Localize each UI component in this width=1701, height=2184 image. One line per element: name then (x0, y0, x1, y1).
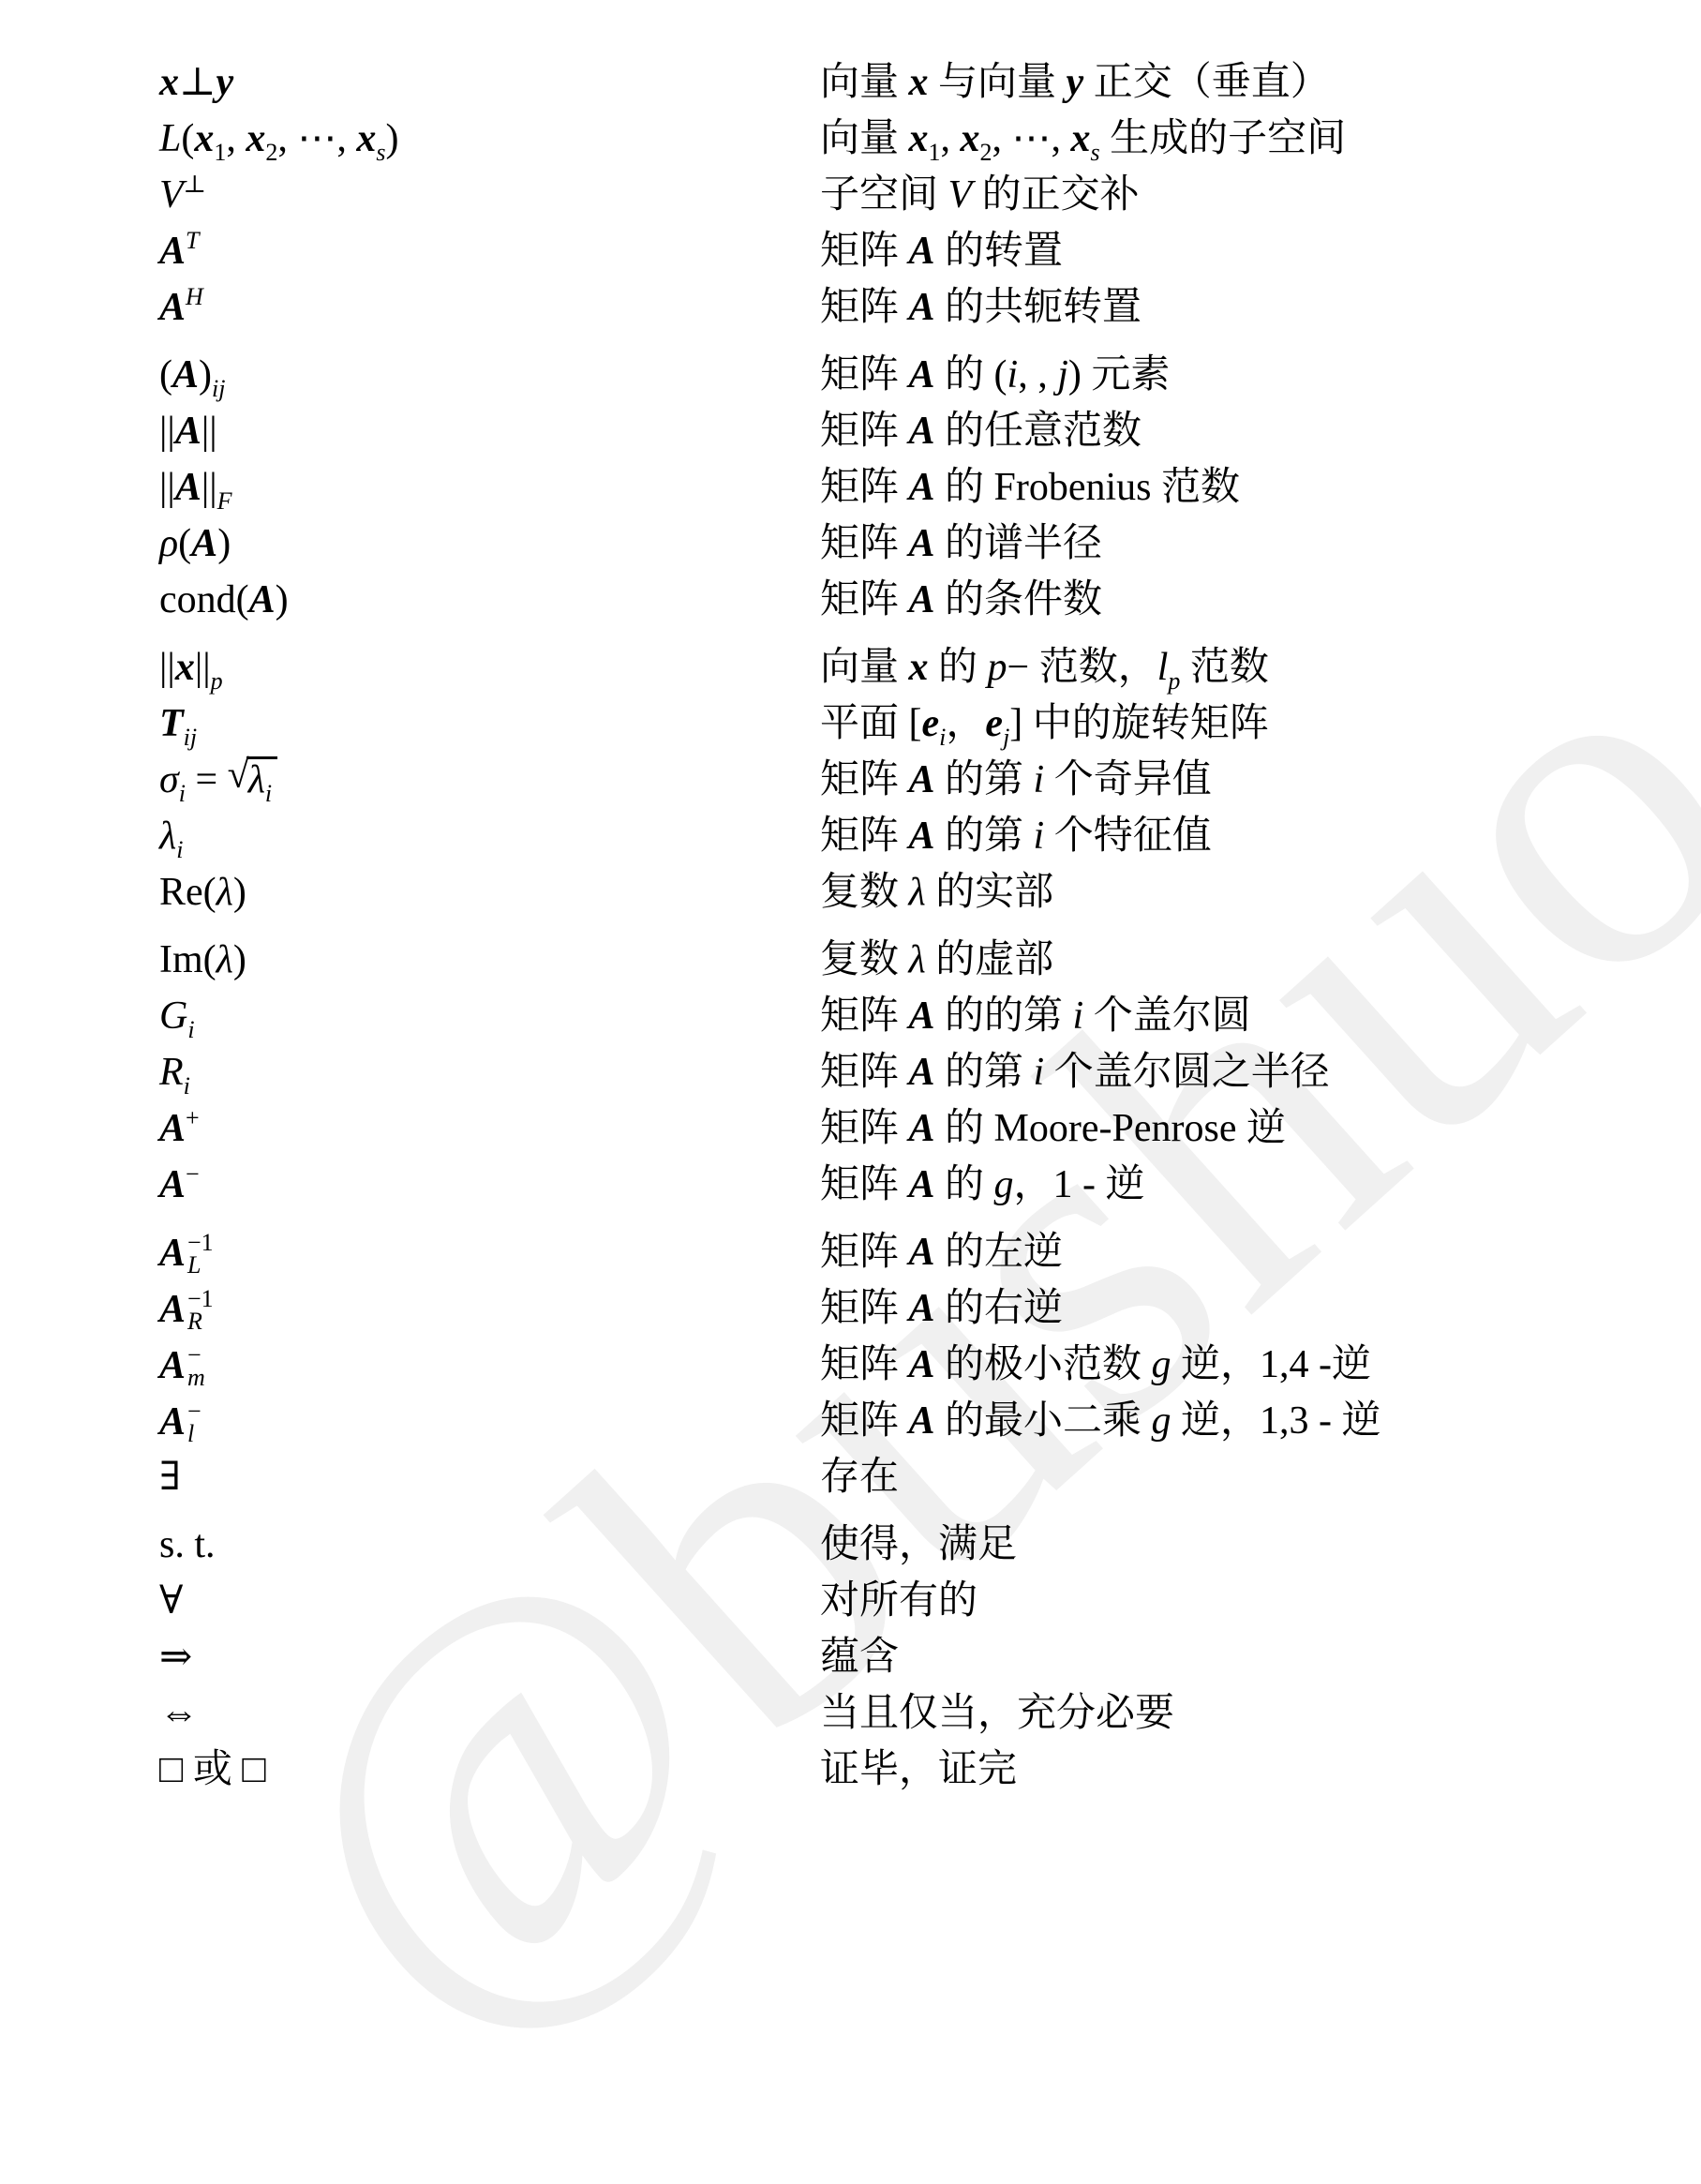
math-token: − (1007, 646, 1030, 689)
symbol-cell: A+ (159, 1100, 820, 1157)
math-token: 的左逆 (935, 1231, 1064, 1274)
math-token: λ (216, 938, 233, 981)
math-token: 当且仅当，充分必要 (820, 1692, 1174, 1735)
math-token: ) (233, 938, 246, 981)
math-token: s (376, 139, 385, 166)
notation-group: s. t.使得，满足∀对所有的⇒蕴含⇔当且仅当，充分必要□ 或 □证毕，证完 (159, 1517, 1640, 1798)
math-token: A (159, 1400, 186, 1444)
math-token: ( (181, 117, 194, 160)
math-token: p (988, 646, 1007, 689)
notation-row: L(x1, x2, ⋯, xs)向量 x1, x2, ⋯, xs 生成的子空间 (159, 111, 1640, 167)
math-token: i (265, 780, 272, 807)
math-token: , ⋯, (992, 117, 1071, 160)
notation-row: Tij平面 [ei，ej] 中的旋转矩阵 (159, 696, 1640, 752)
notation-group: ||x||p向量 x 的 p− 范数，lp 范数Tij平面 [ei，ej] 中的… (159, 639, 1640, 920)
math-token: ⇒ (159, 1636, 192, 1679)
math-token: 复数 (820, 938, 909, 981)
notation-row: A−l矩阵 A 的最小二乘 g 逆，1,3 - 逆 (159, 1393, 1640, 1449)
math-token: ij (184, 724, 197, 751)
math-token: 的条件数 (935, 578, 1103, 621)
description-cell: 矩阵 A 的 (i, , j) 元素 (820, 347, 1640, 403)
math-token: i (1007, 353, 1019, 396)
math-token: A (909, 1107, 935, 1150)
description-cell: 当且仅当，充分必要 (820, 1685, 1640, 1742)
math-token: 矩阵 (820, 230, 909, 273)
math-token: 个奇异值 (1044, 758, 1212, 801)
math-token: 范数， (1029, 646, 1157, 689)
math-token: 矩阵 (820, 410, 909, 453)
math-token: 的转置 (935, 230, 1064, 273)
math-token: A (909, 522, 935, 565)
description-cell: 矩阵 A 的第 i 个盖尔圆之半径 (820, 1044, 1640, 1100)
symbol-cell: ∃ (159, 1449, 820, 1505)
symbol-cell: □ 或 □ (159, 1742, 820, 1798)
math-token: 生成的子空间 (1100, 117, 1347, 160)
stacked-script: −m (187, 1344, 205, 1389)
math-token: 向量 (820, 117, 909, 160)
math-token: T (186, 227, 199, 254)
math-token: x (194, 117, 214, 160)
description-cell: 复数 λ 的实部 (820, 864, 1640, 920)
math-token: 矩阵 (820, 1107, 909, 1150)
math-token: A (191, 522, 217, 565)
notation-row: V⊥子空间 V 的正交补 (159, 167, 1640, 223)
description-cell: 向量 x1, x2, ⋯, xs 生成的子空间 (820, 111, 1640, 167)
math-token: i (176, 836, 183, 863)
notation-row: A−m矩阵 A 的极小范数 g 逆，1,4 -逆 (159, 1337, 1640, 1393)
math-token: 矩阵 (820, 758, 909, 801)
math-token: 矩阵 (820, 815, 909, 858)
math-token: 的最小二乘 (935, 1399, 1152, 1443)
math-token: λ (909, 871, 926, 914)
math-token: x (175, 646, 195, 689)
symbol-cell: Tij (159, 696, 820, 752)
math-token: ， (946, 702, 985, 745)
description-cell: 矩阵 A 的任意范数 (820, 403, 1640, 459)
math-token: A (909, 1287, 935, 1330)
math-token: ( (159, 353, 172, 396)
math-token: 的第 (935, 1051, 1034, 1094)
math-token: i (1034, 758, 1045, 801)
notation-row: A−1L矩阵 A 的左逆 (159, 1224, 1640, 1280)
math-token: A (909, 1343, 935, 1386)
math-token: e (922, 702, 940, 745)
math-token: 逆，1,3 - 逆 (1171, 1399, 1381, 1443)
math-token: 复数 (820, 871, 909, 914)
symbol-cell: Im(λ) (159, 932, 820, 988)
math-token: 矩阵 (820, 1231, 909, 1274)
math-token: 元素 (1082, 353, 1171, 396)
math-token: 矩阵 (820, 522, 909, 565)
math-token: λ (909, 938, 926, 981)
description-cell: 复数 λ 的虚部 (820, 932, 1640, 988)
stacked-script: −1R (187, 1288, 214, 1333)
math-token: A (909, 578, 935, 621)
math-token: 的 (935, 353, 994, 396)
math-token: ] (1009, 702, 1022, 745)
math-token: 个盖尔圆 (1083, 995, 1251, 1038)
math-token: A (175, 466, 201, 509)
math-token: G (159, 995, 187, 1038)
math-token: Im( (159, 938, 216, 981)
stacked-script: −l (187, 1400, 201, 1445)
math-token: 的虚部 (926, 938, 1054, 981)
description-cell: 证毕，证完 (820, 1742, 1640, 1798)
description-cell: 矩阵 A 的左逆 (820, 1224, 1640, 1280)
math-token: 逆，1,4 -逆 (1171, 1343, 1372, 1386)
math-token: A (909, 815, 935, 858)
description-cell: 使得，满足 (820, 1517, 1640, 1573)
notation-row: ⇔当且仅当，充分必要 (159, 1685, 1640, 1742)
math-token: e (985, 702, 1003, 745)
math-token: i (1034, 815, 1045, 858)
math-token: 矩阵 (820, 353, 909, 396)
math-token: i (1034, 1051, 1045, 1094)
symbol-cell: A−l (159, 1393, 820, 1449)
description-cell: 蕴含 (820, 1629, 1640, 1685)
math-token: A (159, 1232, 186, 1275)
math-token: ) (217, 522, 231, 565)
notation-row: s. t.使得，满足 (159, 1517, 1640, 1573)
math-token: 向量 (820, 646, 909, 689)
math-token: 矩阵 (820, 1399, 909, 1443)
description-cell: 向量 x 与向量 y 正交（垂直） (820, 54, 1640, 111)
math-token: 的第 (935, 815, 1034, 858)
math-token: || (159, 466, 175, 509)
math-token: A (909, 466, 935, 509)
math-token: A (909, 758, 935, 801)
math-token: 的右逆 (935, 1287, 1064, 1330)
math-token: A (909, 286, 935, 329)
math-token: ⊥ (184, 171, 206, 198)
math-token: l (1157, 646, 1169, 689)
math-token: ij (212, 375, 225, 402)
notation-group: A−1L矩阵 A 的左逆A−1R矩阵 A 的右逆A−m矩阵 A 的极小范数 g … (159, 1224, 1640, 1505)
math-token: Re( (159, 871, 216, 914)
math-token: 矩阵 (820, 578, 909, 621)
math-token: A (172, 353, 199, 396)
notation-row: Gi矩阵 A 的的第 i 个盖尔圆 (159, 988, 1640, 1044)
math-token: ( (994, 353, 1007, 396)
math-token: A (159, 230, 186, 273)
math-token: , , (1018, 353, 1057, 396)
symbol-cell: AT (159, 223, 820, 279)
math-token: cond( (159, 578, 249, 621)
math-token: x (356, 117, 376, 160)
math-token: F (217, 487, 232, 515)
math-token: 子空间 (820, 173, 948, 217)
math-token: T (159, 702, 184, 745)
math-token: ) (385, 117, 398, 160)
description-cell: 向量 x 的 p− 范数，lp 范数 (820, 639, 1640, 696)
math-token: A (909, 1163, 935, 1206)
notation-row: ||A||F矩阵 A 的 Frobenius 范数 (159, 459, 1640, 516)
math-token: A (909, 1399, 935, 1443)
notation-row: σi = √λi矩阵 A 的第 i 个奇异值 (159, 752, 1640, 808)
description-cell: 矩阵 A 的谱半径 (820, 516, 1640, 572)
math-token: + (186, 1104, 200, 1131)
notation-row: □ 或 □证毕，证完 (159, 1742, 1640, 1798)
math-token: 的 (929, 646, 988, 689)
math-token: □ (242, 1748, 265, 1791)
symbol-cell: x⊥y (159, 54, 820, 111)
math-token: 矩阵 (820, 1343, 909, 1386)
math-token: ) (233, 871, 246, 914)
notation-row: ⇒蕴含 (159, 1629, 1640, 1685)
math-token: 的谱半径 (935, 522, 1103, 565)
math-token: A (909, 230, 935, 273)
math-token: 矩阵 (820, 466, 909, 509)
math-token: − (186, 1160, 200, 1188)
notation-row: A−矩阵 A 的 g，1 - 逆 (159, 1157, 1640, 1213)
math-token: 矩阵 (820, 995, 909, 1038)
math-token: i (187, 1016, 194, 1043)
notation-row: cond(A)矩阵 A 的条件数 (159, 572, 1640, 628)
math-token: 平面 [ (820, 702, 922, 745)
math-token: ⊥ (179, 61, 216, 104)
symbol-cell: (A)ij (159, 347, 820, 403)
notation-row: Ri矩阵 A 的第 i 个盖尔圆之半径 (159, 1044, 1640, 1100)
math-token: p (1168, 667, 1180, 695)
description-cell: 对所有的 (820, 1573, 1640, 1629)
math-token: ) (1068, 353, 1082, 396)
notation-list: x⊥y向量 x 与向量 y 正交（垂直）L(x1, x2, ⋯, xs)向量 x… (159, 54, 1640, 1809)
math-token: g (1152, 1399, 1171, 1443)
math-token: 的 Moore-Penrose 逆 (935, 1107, 1286, 1150)
math-token: || (201, 410, 217, 453)
math-token: || (195, 646, 211, 689)
math-token: 矩阵 (820, 1163, 909, 1206)
math-token: j (1057, 353, 1068, 396)
math-token: 蕴含 (820, 1636, 899, 1679)
symbol-cell: A−1R (159, 1280, 820, 1337)
math-token: A (909, 1231, 935, 1274)
math-token: ( (178, 522, 191, 565)
description-cell: 矩阵 A 的最小二乘 g 逆，1,3 - 逆 (820, 1393, 1640, 1449)
symbol-cell: σi = √λi (159, 752, 820, 808)
math-token: 的共轭转置 (935, 286, 1142, 329)
math-token: x (1071, 117, 1091, 160)
description-cell: 矩阵 A 的 Moore-Penrose 逆 (820, 1100, 1640, 1157)
symbol-cell: s. t. (159, 1517, 820, 1573)
symbol-cell: ρ(A) (159, 516, 820, 572)
notation-row: AH矩阵 A 的共轭转置 (159, 279, 1640, 336)
notation-group: x⊥y向量 x 与向量 y 正交（垂直）L(x1, x2, ⋯, xs)向量 x… (159, 54, 1640, 336)
notation-group: (A)ij矩阵 A 的 (i, , j) 元素||A||矩阵 A 的任意范数||… (159, 347, 1640, 628)
math-token: A (909, 410, 935, 453)
notation-row: A−1R矩阵 A 的右逆 (159, 1280, 1640, 1337)
math-token: 的的第 (935, 995, 1073, 1038)
math-token: V (159, 173, 184, 217)
math-token: R (159, 1051, 184, 1094)
notation-row: ||A||矩阵 A 的任意范数 (159, 403, 1640, 459)
radical-sign-icon: √ (228, 754, 249, 797)
math-token: 个特征值 (1044, 815, 1212, 858)
math-token: i (939, 724, 946, 751)
symbol-cell: ||A||F (159, 459, 820, 516)
symbol-cell: ⇒ (159, 1629, 820, 1685)
math-token: y (216, 61, 234, 104)
stacked-script: −1L (187, 1232, 214, 1277)
math-token: 证毕，证完 (820, 1748, 1017, 1791)
notation-row: Im(λ)复数 λ 的虚部 (159, 932, 1640, 988)
math-token: i (179, 780, 186, 807)
math-token: ，1 - 逆 (1014, 1163, 1145, 1206)
description-cell: 矩阵 A 的 g，1 - 逆 (820, 1157, 1640, 1213)
math-token: 对所有的 (820, 1579, 977, 1623)
math-token: x (961, 117, 980, 160)
math-token: 的实部 (926, 871, 1054, 914)
math-token: A (159, 1344, 186, 1387)
math-token: 个盖尔圆之半径 (1044, 1051, 1330, 1094)
math-token: A (249, 578, 276, 621)
math-token: g (994, 1163, 1014, 1206)
symbol-cell: A−m (159, 1337, 820, 1393)
notation-row: x⊥y向量 x 与向量 y 正交（垂直） (159, 54, 1640, 111)
symbol-cell: AH (159, 279, 820, 336)
math-token: 使得，满足 (820, 1523, 1017, 1566)
math-token: A (159, 1163, 186, 1206)
math-token: 的正交补 (972, 173, 1140, 217)
description-cell: 矩阵 A 的 Frobenius 范数 (820, 459, 1640, 516)
math-token: L (159, 117, 181, 160)
math-token: 2 (265, 139, 277, 166)
symbol-cell: Gi (159, 988, 820, 1044)
math-token: p (211, 667, 223, 695)
symbol-cell: L(x1, x2, ⋯, xs) (159, 111, 820, 167)
math-token: 的任意范数 (935, 410, 1142, 453)
notation-group: Im(λ)复数 λ 的虚部Gi矩阵 A 的的第 i 个盖尔圆Ri矩阵 A 的第 … (159, 932, 1640, 1213)
description-cell: 矩阵 A 的极小范数 g 逆，1,4 -逆 (820, 1337, 1640, 1393)
math-token: □ (159, 1748, 183, 1791)
description-cell: 矩阵 A 的右逆 (820, 1280, 1640, 1337)
symbol-cell: ||A|| (159, 403, 820, 459)
math-token: V (948, 173, 973, 217)
math-token: 1 (929, 139, 941, 166)
radical-expression: √λi (228, 758, 278, 801)
math-token: i (1073, 995, 1084, 1038)
symbol-cell: V⊥ (159, 167, 820, 223)
description-cell: 子空间 V 的正交补 (820, 167, 1640, 223)
math-token: 1 (214, 139, 226, 166)
math-token: A (159, 286, 186, 329)
math-token: ⇔ (159, 1692, 199, 1735)
symbol-cell: A−1L (159, 1224, 820, 1280)
notation-row: ρ(A)矩阵 A 的谱半径 (159, 516, 1640, 572)
description-cell: 平面 [ei，ej] 中的旋转矩阵 (820, 696, 1640, 752)
description-cell: 矩阵 A 的的第 i 个盖尔圆 (820, 988, 1640, 1044)
math-token: 范数 (1180, 646, 1269, 689)
math-token: 的极小范数 (935, 1343, 1152, 1386)
math-token: 正交（垂直） (1083, 61, 1330, 104)
description-cell: 矩阵 A 的第 i 个特征值 (820, 808, 1640, 864)
math-token: A (159, 1107, 186, 1150)
description-cell: 矩阵 A 的第 i 个奇异值 (820, 752, 1640, 808)
math-token: x (909, 646, 929, 689)
math-token: x (246, 117, 265, 160)
math-token: y (1067, 61, 1084, 104)
math-token: , ⋯, (277, 117, 356, 160)
math-token: 的第 (935, 758, 1034, 801)
math-token: ) (199, 353, 212, 396)
description-cell: 矩阵 A 的共轭转置 (820, 279, 1640, 336)
math-token: x (909, 61, 929, 104)
notation-row: λi矩阵 A 的第 i 个特征值 (159, 808, 1640, 864)
symbol-cell: ∀ (159, 1573, 820, 1629)
symbol-cell: Re(λ) (159, 864, 820, 920)
math-token: 的 Frobenius 范数 (935, 466, 1241, 509)
symbol-cell: A− (159, 1157, 820, 1213)
math-token: σ (159, 758, 179, 801)
math-token: A (175, 410, 201, 453)
math-token: A (159, 1288, 186, 1331)
symbol-cell: ⇔ (159, 1685, 820, 1742)
math-token: λ (216, 871, 233, 914)
math-token: 矩阵 (820, 286, 909, 329)
math-token: g (1152, 1343, 1171, 1386)
description-cell: 矩阵 A 的条件数 (820, 572, 1640, 628)
document-page: { "page": { "width": 1815, "height": 233… (0, 0, 1701, 2184)
math-token: 与向量 (929, 61, 1067, 104)
math-token: 矩阵 (820, 1051, 909, 1094)
notation-row: AT矩阵 A 的转置 (159, 223, 1640, 279)
math-token: ∀ (159, 1579, 183, 1623)
notation-row: ∃存在 (159, 1449, 1640, 1505)
math-token: A (909, 353, 935, 396)
math-token: x (159, 61, 179, 104)
symbol-cell: ||x||p (159, 639, 820, 696)
math-token: 矩阵 (820, 1287, 909, 1330)
notation-row: Re(λ)复数 λ 的实部 (159, 864, 1640, 920)
symbol-cell: cond(A) (159, 572, 820, 628)
math-token: λ (159, 815, 176, 858)
math-token: 的 (935, 1163, 994, 1206)
math-token: || (159, 410, 175, 453)
math-token: 2 (980, 139, 992, 166)
notation-row: (A)ij矩阵 A 的 (i, , j) 元素 (159, 347, 1640, 403)
math-token: 中的旋转矩阵 (1022, 702, 1269, 745)
notation-row: ||x||p向量 x 的 p− 范数，lp 范数 (159, 639, 1640, 696)
math-token: 向量 (820, 61, 909, 104)
math-token: , (941, 117, 961, 160)
notation-row: ∀对所有的 (159, 1573, 1640, 1629)
math-token: ∃ (159, 1456, 181, 1499)
symbol-cell: λi (159, 808, 820, 864)
description-cell: 矩阵 A 的转置 (820, 223, 1640, 279)
symbol-cell: Ri (159, 1044, 820, 1100)
math-token: ρ (159, 522, 178, 565)
math-token: 或 (183, 1748, 242, 1791)
notation-row: A+矩阵 A 的 Moore-Penrose 逆 (159, 1100, 1640, 1157)
math-token: s (1091, 139, 1100, 166)
math-token: H (186, 283, 203, 310)
math-token: j (1003, 724, 1009, 751)
description-cell: 存在 (820, 1449, 1640, 1505)
math-token: A (909, 1051, 935, 1094)
math-token: , (226, 117, 246, 160)
math-token: || (159, 646, 175, 689)
math-token: s. t. (159, 1523, 216, 1566)
math-token: || (201, 466, 217, 509)
math-token: x (909, 117, 929, 160)
math-token: i (184, 1072, 190, 1099)
math-token: ) (276, 578, 289, 621)
math-token: = (186, 758, 228, 801)
math-token: λ (248, 758, 265, 801)
math-token: A (909, 995, 935, 1038)
math-token: 存在 (820, 1456, 899, 1499)
